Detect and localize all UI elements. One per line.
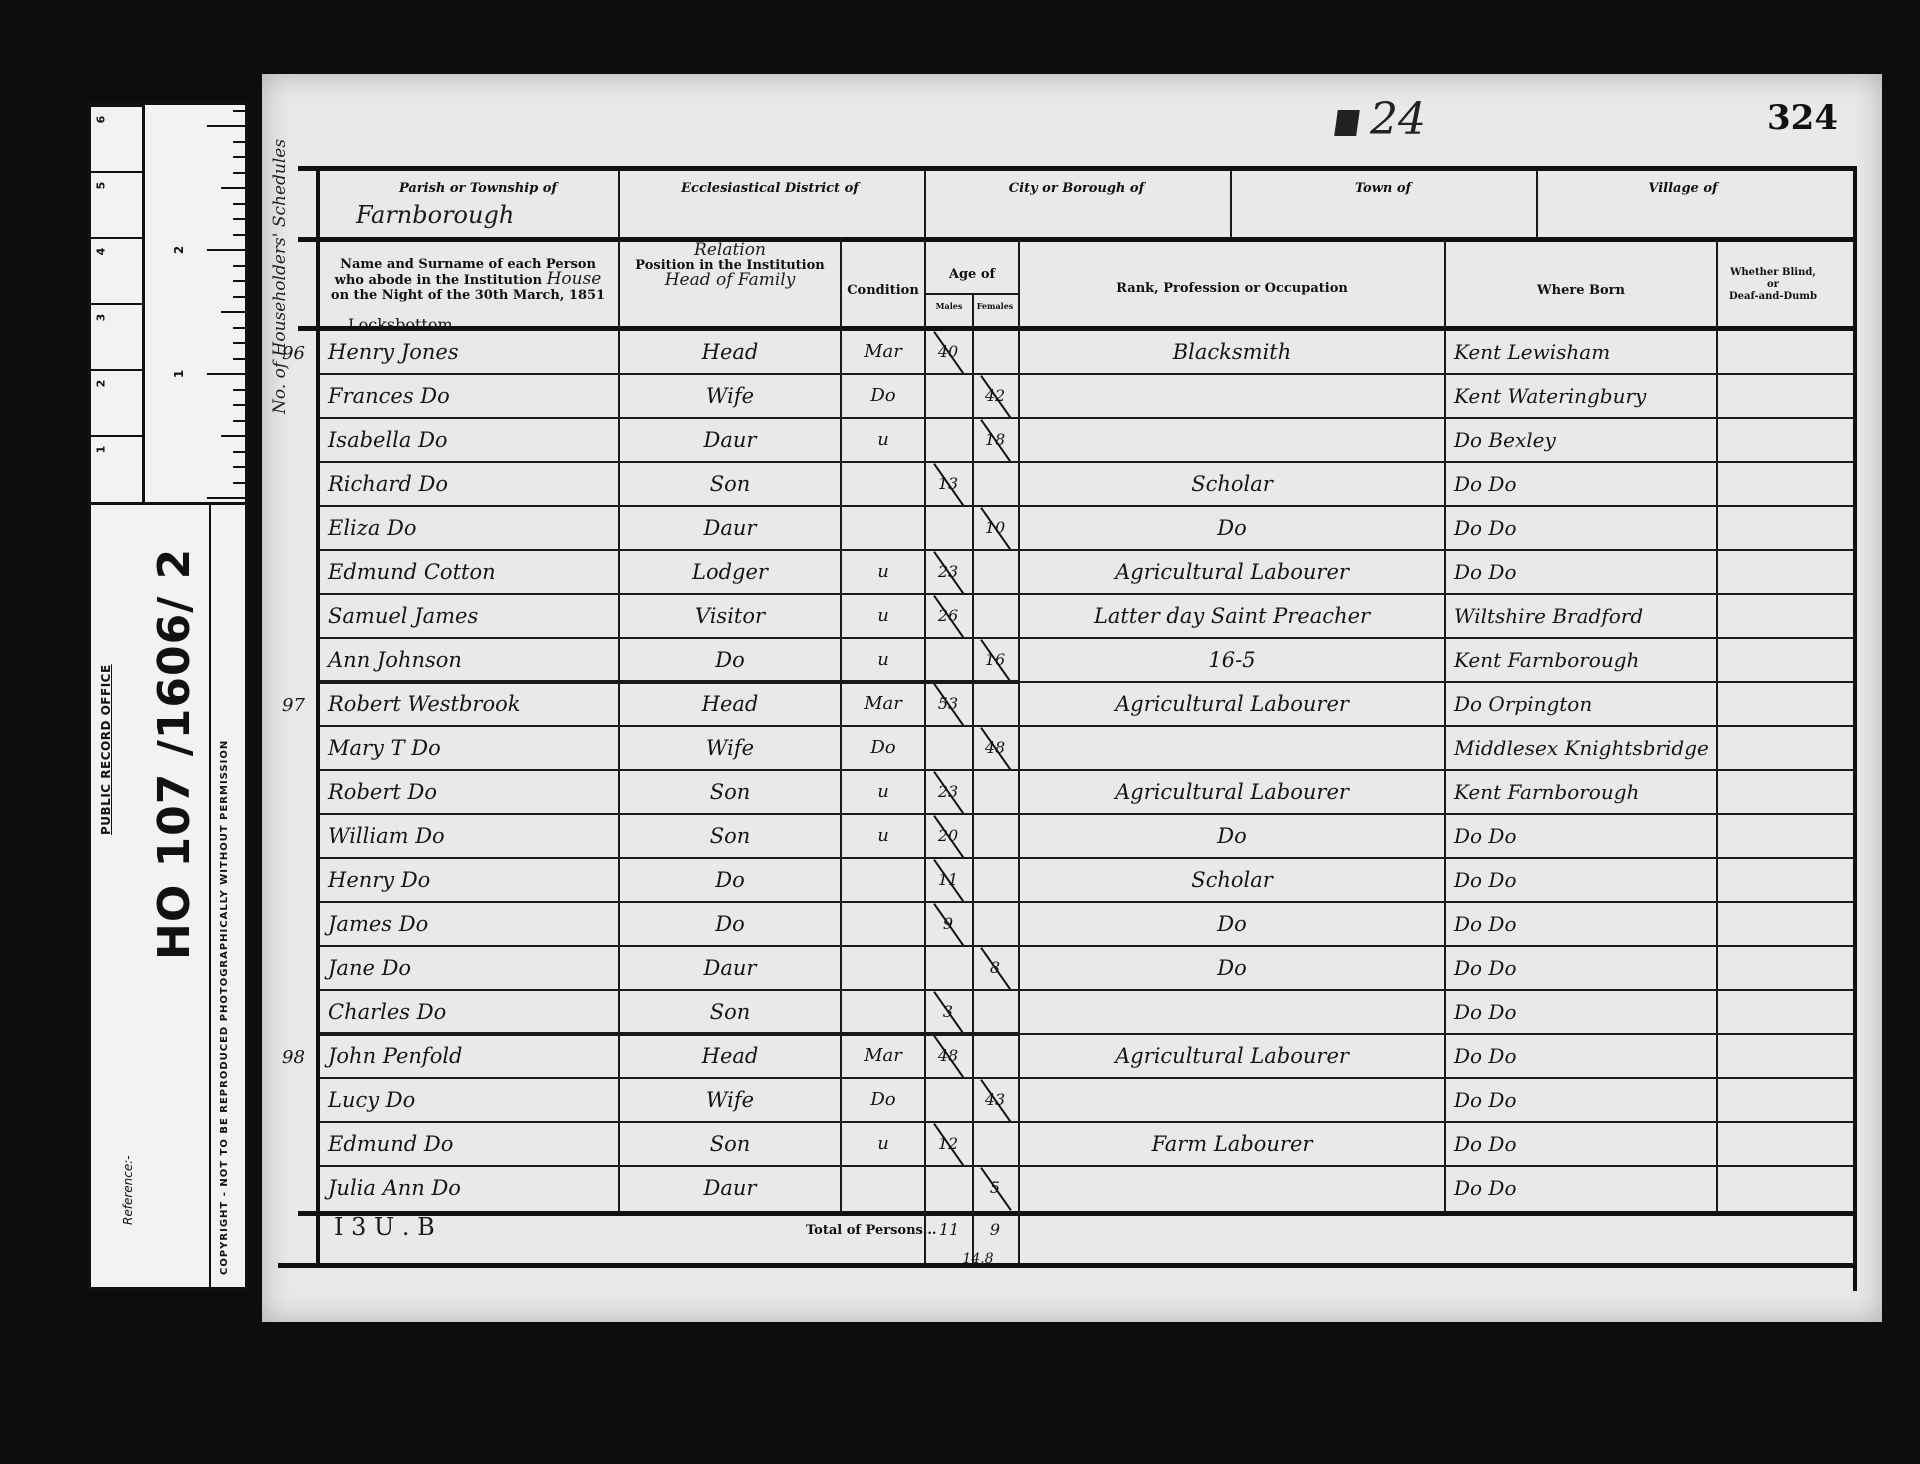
ruler-tick (233, 141, 251, 143)
ruler-inch-label: 1 (172, 370, 186, 378)
grid-line (1230, 171, 1232, 237)
schedule-number: 96 (282, 335, 316, 373)
cell-name: Robert Do (322, 773, 622, 811)
cell-born: Do Orpington (1446, 685, 1724, 723)
cell-occupation: Do (1020, 817, 1444, 855)
cell-name: Frances Do (322, 377, 622, 415)
ruler-tick (233, 234, 251, 236)
cell-relation: Son (620, 1125, 840, 1163)
copyright-notice: COPYRIGHT - NOT TO BE REPRODUCED PHOTOGR… (219, 740, 230, 1275)
cell-born: Middlesex Knightsbridge (1446, 729, 1724, 767)
census-table: Parish or Township of Farnborough Eccles… (298, 166, 1857, 1291)
ruler-cm-label: 4 (94, 248, 107, 256)
ruler-tick (233, 280, 251, 282)
ruler-tick (233, 451, 251, 453)
cell-condition: u (842, 773, 924, 811)
total-label: Total of Persons... (806, 1223, 936, 1238)
grid-line (318, 549, 1853, 551)
ruler-cm-label: 6 (94, 116, 107, 124)
ruler-tick (233, 203, 251, 205)
cell-name: Ann Johnson (322, 641, 622, 679)
address-annotation: Locksbottom (348, 315, 453, 335)
cell-occupation: Scholar (1020, 861, 1444, 899)
cell-name: Isabella Do (322, 421, 622, 459)
column-header-relation: Relation Position in the Institution Hea… (620, 243, 840, 288)
ruler-cm-cell: 4 (91, 237, 142, 303)
ruler-tick (233, 156, 251, 158)
cell-born: Kent Lewisham (1446, 333, 1724, 371)
cell-occupation: Do (1020, 509, 1444, 547)
cell-name: Samuel James (322, 597, 622, 635)
total-females: 9 (972, 1211, 1018, 1249)
cell-born: Do Do (1446, 817, 1724, 855)
ruler-cm-label: 3 (94, 314, 107, 322)
cell-relation: Do (620, 905, 840, 943)
grid-line (1536, 171, 1538, 237)
cell-name: Henry Do (322, 861, 622, 899)
cell-relation: Do (620, 861, 840, 899)
cell-name: Julia Ann Do (322, 1169, 622, 1207)
footer-annotation: I 3 U . B (334, 1213, 435, 1241)
cell-relation: Daur (620, 1169, 840, 1207)
grid-line (318, 769, 1853, 771)
cell-name: Edmund Do (322, 1125, 622, 1163)
cell-relation: Son (620, 773, 840, 811)
cell-relation: Son (620, 465, 840, 503)
grid-line (318, 813, 1853, 815)
grid-line (318, 505, 1853, 507)
cell-relation: Son (620, 817, 840, 855)
grid-line (318, 1165, 1853, 1167)
ruler-tick (233, 218, 251, 220)
ruler-cm-cell: 3 (91, 303, 142, 369)
cell-name: John Penfold (322, 1037, 622, 1075)
ruler-tick (233, 482, 251, 484)
cell-born: Do Do (1446, 949, 1724, 987)
ruler-cm-label: 1 (94, 446, 107, 454)
cell-born: Do Do (1446, 509, 1724, 547)
cell-condition: Do (842, 729, 924, 767)
ruler-tick (233, 358, 251, 360)
schedule-number: 98 (282, 1039, 316, 1077)
grid-line (840, 237, 842, 1211)
ruler-tick (207, 125, 251, 127)
cell-condition: Mar (842, 333, 924, 371)
cell-name: Henry Jones (322, 333, 622, 371)
cell-born: Kent Wateringbury (1446, 377, 1724, 415)
cell-born: Do Do (1446, 861, 1724, 899)
grid-line (972, 293, 974, 1263)
column-header-blind: Whether Blind,orDeaf-and-Dumb (1718, 267, 1828, 303)
grid-line (618, 237, 620, 1211)
cell-name: Edmund Cotton (322, 553, 622, 591)
ruler-tick (233, 172, 251, 174)
grid-line (318, 857, 1853, 859)
cell-condition: u (842, 597, 924, 635)
ruler-tick (207, 373, 251, 375)
grid-line (316, 171, 320, 1263)
cell-relation: Daur (620, 509, 840, 547)
cell-born: Do Bexley (1446, 421, 1724, 459)
grid-line (1716, 237, 1718, 1211)
ruler-tick (233, 466, 251, 468)
ruler-cm-cell: 1 (91, 435, 142, 501)
ruler-tick (233, 404, 251, 406)
ruler-cm-label: 2 (94, 380, 107, 388)
column-header-males: Males (926, 299, 972, 314)
cell-relation: Wife (620, 377, 840, 415)
cell-condition: u (842, 421, 924, 459)
cell-occupation: Farm Labourer (1020, 1125, 1444, 1163)
grid-line (1018, 1211, 1020, 1263)
cell-relation: Daur (620, 949, 840, 987)
folio-number: 24 (1336, 94, 1426, 145)
cell-relation: Head (620, 685, 840, 723)
cell-relation: Lodger (620, 553, 840, 591)
column-header-females: Females (972, 299, 1018, 314)
ruler-cm-cell: 2 (91, 369, 142, 435)
cell-condition: u (842, 1125, 924, 1163)
scale-ruler: 123456 12 (91, 105, 245, 505)
ruler-tick (233, 420, 251, 422)
page-number: 324 (1767, 98, 1838, 138)
ruler-tick (207, 497, 251, 499)
ruler-cm-cell: 6 (91, 105, 142, 171)
cell-relation: Head (620, 1037, 840, 1075)
grid-line (318, 593, 1853, 595)
cell-name: William Do (322, 817, 622, 855)
ruler-tick (233, 110, 251, 112)
cell-condition: u (842, 641, 924, 679)
grid-line (318, 417, 1853, 419)
cell-relation: Daur (620, 421, 840, 459)
grid-line (924, 1211, 926, 1263)
column-header-name: Name and Surname of each Person who abod… (318, 257, 618, 303)
cell-relation: Son (620, 993, 840, 1031)
ruler-tick (221, 435, 251, 437)
copyright-box: COPYRIGHT - NOT TO BE REPRODUCED PHOTOGR… (209, 505, 241, 1287)
cell-name: Lucy Do (322, 1081, 622, 1119)
cell-born: Do Do (1446, 553, 1724, 591)
cell-condition: Mar (842, 685, 924, 723)
cell-condition: u (842, 817, 924, 855)
cell-name: Mary T Do (322, 729, 622, 767)
cell-name: Charles Do (322, 993, 622, 1031)
column-header-where-born: Where Born (1446, 283, 1716, 298)
cell-born: Wiltshire Bradford (1446, 597, 1724, 635)
cell-born: Do Do (1446, 993, 1724, 1031)
ecclesiastical-label: Ecclesiastical District of (620, 181, 920, 196)
grid-line (298, 326, 1853, 331)
grid-line (318, 725, 1853, 727)
ruler-cm-cell: 5 (91, 171, 142, 237)
grid-line (318, 637, 1853, 639)
grid-line (924, 237, 926, 1211)
ruler-tick (233, 327, 251, 329)
ruler-inch-label: 2 (172, 246, 186, 254)
reference-number: HO 107 /1606/ 2 (149, 548, 200, 960)
cell-relation: Wife (620, 1081, 840, 1119)
grid-line (318, 1077, 1853, 1079)
cell-occupation: 16-5 (1020, 641, 1444, 679)
cell-occupation: Agricultural Labourer (1020, 773, 1444, 811)
cell-occupation: Agricultural Labourer (1020, 553, 1444, 591)
reference-label: Reference:- (121, 1155, 135, 1225)
ruler-tick (207, 249, 251, 251)
ruler-tick (233, 389, 251, 391)
grid-line (924, 171, 926, 237)
cell-name: Richard Do (322, 465, 622, 503)
cell-condition: u (842, 553, 924, 591)
ruler-tick (221, 311, 251, 313)
grid-line (278, 1263, 1853, 1268)
parish-value: Farnborough (356, 201, 514, 229)
cell-born: Kent Farnborough (1446, 773, 1724, 811)
cell-name: Eliza Do (322, 509, 622, 547)
column-header-age: Age of (926, 267, 1018, 282)
total-males: 11 (926, 1211, 972, 1249)
reference-label-area: PUBLIC RECORD OFFICE HO 107 /1606/ 2 Ref… (91, 505, 245, 1287)
grid-line (618, 171, 620, 237)
reference-strip: 123456 12 PUBLIC RECORD OFFICE HO 107 /1… (88, 102, 248, 1290)
folio-value: 24 (1370, 94, 1426, 145)
grid-line (318, 680, 1018, 684)
cell-name: Robert Westbrook (322, 685, 622, 723)
grid-line (1018, 237, 1020, 1211)
column-header-condition: Condition (842, 283, 924, 298)
grid-line (318, 945, 1853, 947)
ruler-tick (233, 265, 251, 267)
ruler-tick (233, 342, 251, 344)
town-label: Town of (1232, 181, 1534, 196)
ruler-tick (233, 296, 251, 298)
ruler-inch-scale: 12 (145, 105, 251, 502)
cell-occupation: Latter day Saint Preacher (1020, 597, 1444, 635)
grid-line (318, 1032, 1018, 1036)
office-label: PUBLIC RECORD OFFICE (99, 664, 113, 835)
grid-line (318, 461, 1853, 463)
grid-line (318, 1121, 1853, 1123)
grid-line (318, 989, 1853, 991)
parish-label: Parish or Township of (338, 181, 618, 196)
cell-occupation: Do (1020, 905, 1444, 943)
city-label: City or Borough of (924, 181, 1229, 196)
ink-blot (1334, 110, 1360, 136)
cell-relation: Head (620, 333, 840, 371)
cell-occupation: Agricultural Labourer (1020, 1037, 1444, 1075)
cell-relation: Do (620, 641, 840, 679)
column-header-occupation: Rank, Profession or Occupation (1020, 281, 1444, 296)
cell-occupation: Scholar (1020, 465, 1444, 503)
grid-line (318, 901, 1853, 903)
cell-born: Do Do (1446, 905, 1724, 943)
ruler-cm-scale: 123456 (91, 105, 145, 502)
village-label: Village of (1538, 181, 1828, 196)
cell-born: Do Do (1446, 1169, 1724, 1207)
ruler-cm-label: 5 (94, 182, 107, 190)
cell-relation: Wife (620, 729, 840, 767)
census-page: No. of Householders' Schedules 24 324 Pa… (262, 74, 1882, 1322)
cell-condition: Mar (842, 1037, 924, 1075)
grid-line (298, 237, 1853, 242)
cell-relation: Visitor (620, 597, 840, 635)
cell-occupation: Blacksmith (1020, 333, 1444, 371)
ruler-tick (221, 187, 251, 189)
cell-born: Kent Farnborough (1446, 641, 1724, 679)
grid-line (1444, 237, 1446, 1211)
grid-line (298, 1211, 1853, 1216)
cell-born: Do Do (1446, 1037, 1724, 1075)
cell-name: Jane Do (322, 949, 622, 987)
cell-name: James Do (322, 905, 622, 943)
cell-condition: Do (842, 377, 924, 415)
cell-occupation: Agricultural Labourer (1020, 685, 1444, 723)
schedule-number: 97 (282, 687, 316, 725)
cell-born: Do Do (1446, 1125, 1724, 1163)
grid-line (318, 373, 1853, 375)
cell-born: Do Do (1446, 1081, 1724, 1119)
cell-occupation: Do (1020, 949, 1444, 987)
cell-condition: Do (842, 1081, 924, 1119)
cell-born: Do Do (1446, 465, 1724, 503)
